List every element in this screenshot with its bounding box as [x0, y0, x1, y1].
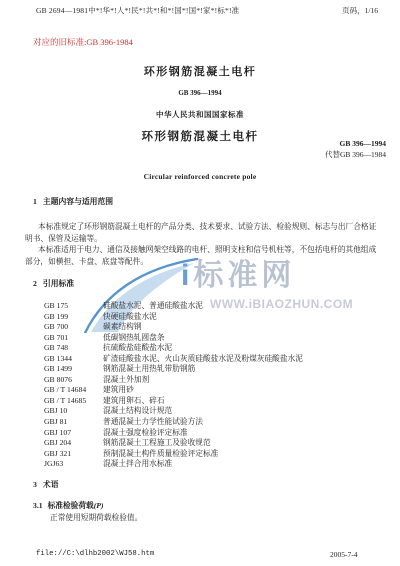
- standard-name: 硅酸盐水泥、普通硅酸盐水泥: [103, 301, 203, 310]
- standard-number-block: GB 396—1994 代替GB 396—1984: [325, 139, 386, 160]
- standard-code: GB / T 14685: [44, 396, 103, 407]
- standard-row: GBJ 321预制混凝土构件质量检验评定标准: [44, 449, 303, 460]
- document-title-top: 环形钢筋混凝土电杆: [0, 63, 400, 79]
- paragraph-line: 明书、保管及运输等。: [25, 233, 376, 245]
- term-3-1: 3.1标准检验荷载(P): [33, 500, 104, 511]
- section-2-title: 引用标准: [43, 279, 74, 288]
- standard-name: 快硬硅酸盐水泥: [103, 312, 157, 321]
- standard-code: GBJ 10: [44, 406, 103, 417]
- section-3-heading: 3术语: [33, 479, 59, 490]
- standard-code: GB 175: [44, 301, 103, 312]
- standard-name: 建筑用砂: [103, 385, 134, 394]
- standard-name: 混凝土外加剂: [103, 375, 149, 384]
- standard-code: GB / T 14684: [44, 385, 103, 396]
- standard-name: 建筑用卵石、碎石: [103, 396, 165, 405]
- standard-number-right: GB 396—1994: [325, 139, 386, 150]
- standard-row: GB / T 14685建筑用卵石、碎石: [44, 396, 303, 407]
- standard-name: 碳素结构钢: [103, 322, 141, 331]
- standard-code: GBJ 321: [44, 449, 103, 460]
- paragraph-line: 部分，如横担、卡盘、底盘等配件。: [25, 256, 376, 268]
- english-title: Circular reinforced concrete pole: [0, 172, 400, 181]
- standard-code: GB 1499: [44, 364, 103, 375]
- standard-row: GB 175硅酸盐水泥、普通硅酸盐水泥: [44, 301, 303, 312]
- national-standard-label: 中华人民共和国国家标准: [0, 109, 400, 120]
- standard-name: 低碳钢热轧圆盘条: [103, 333, 165, 342]
- standard-row: GB 8076混凝土外加剂: [44, 375, 303, 386]
- standard-row: GB 1499钢筋混凝土用热轧带肋钢筋: [44, 364, 303, 375]
- standard-name: 钢筋混凝土用热轧带肋钢筋: [103, 364, 195, 373]
- paragraph-line: 本标准规定了环形钢筋混凝土电杆的产品分类、技术要求、试验方法、检验规则、标志与出…: [25, 221, 376, 233]
- standard-name: 抗硫酸盐硅酸盐水泥: [103, 343, 172, 352]
- standard-code: JGJ63: [44, 459, 103, 470]
- standard-name: 预制混凝土构件质量检验评定标准: [103, 449, 218, 458]
- standard-row: GB 748抗硫酸盐硅酸盐水泥: [44, 343, 303, 354]
- standard-name: 混凝土拌合用水标准: [103, 459, 172, 468]
- footer-file-path: file://C:\dlhb2002\WJ58.htm: [36, 550, 154, 558]
- replaces-note: 代替GB 396—1984: [325, 150, 386, 161]
- standard-row: GB 1344矿渣硅酸盐水泥、火山灰质硅酸盐水泥及粉煤灰硅酸盐水泥: [44, 354, 303, 365]
- standard-row: GBJ 107混凝土强度检验评定标准: [44, 428, 303, 439]
- section-3-number: 3: [33, 480, 37, 489]
- section-1-heading: 1主题内容与适用范围: [33, 196, 113, 207]
- standard-code: GB 701: [44, 333, 103, 344]
- standard-name: 混凝土强度检验评定标准: [103, 428, 188, 437]
- standard-code: GB 8076: [44, 375, 103, 386]
- section-2-heading: 2引用标准: [33, 278, 74, 289]
- document-page: i标准网 WWW.iBIAOZHUN.COM GB 2694—1981中*!华*…: [0, 0, 400, 566]
- print-header-page-number: 页码，1/16: [342, 5, 378, 16]
- section-1-number: 1: [33, 197, 37, 206]
- standard-code: GBJ 107: [44, 428, 103, 439]
- standard-code: GBJ 204: [44, 438, 103, 449]
- section-2-number: 2: [33, 279, 37, 288]
- referenced-standards-list: GB 175硅酸盐水泥、普通硅酸盐水泥 GB 199快硬硅酸盐水泥 GB 700…: [44, 301, 303, 470]
- standard-row: GBJ 10混凝土结构设计规范: [44, 406, 303, 417]
- standard-row: GB 199快硬硅酸盐水泥: [44, 312, 303, 323]
- standard-code: GB 199: [44, 312, 103, 323]
- section-3-title: 术语: [43, 480, 59, 489]
- term-label: 标准检验荷载: [48, 501, 94, 510]
- term-symbol: (P): [94, 501, 104, 510]
- standard-number-center: GB 396—1994: [0, 89, 400, 97]
- standard-row: GBJ 81普通混凝土力学性能试验方法: [44, 417, 303, 428]
- term-number: 3.1: [33, 501, 43, 510]
- paragraph-line: 本标准适用于电力、通信及接触网架空线路的电杆、照明支柱和信号机柱等，不包括电杆的…: [25, 244, 376, 256]
- standard-row: GBJ 204钢筋混凝土工程施工及验收规范: [44, 438, 303, 449]
- term-definition: 正常使用短期荷载检验值。: [50, 512, 142, 523]
- old-standard-note: 对应的旧标准:GB 396-1984: [33, 36, 133, 48]
- standard-code: GBJ 81: [44, 417, 103, 428]
- print-header-left: GB 2694—1981中*!华*!人*!民*!共*!和*!国*!国*!家*!标…: [36, 5, 239, 16]
- standard-row: JGJ63混凝土拌合用水标准: [44, 459, 303, 470]
- standard-code: GB 748: [44, 343, 103, 354]
- section-1-title: 主题内容与适用范围: [43, 197, 113, 206]
- standard-row: GB 700碳素结构钢: [44, 322, 303, 333]
- standard-name: 普通混凝土力学性能试验方法: [103, 417, 203, 426]
- standard-name: 矿渣硅酸盐水泥、火山灰质硅酸盐水泥及粉煤灰硅酸盐水泥: [103, 354, 303, 363]
- section-1-body: 本标准规定了环形钢筋混凝土电杆的产品分类、技术要求、试验方法、检验规则、标志与出…: [25, 221, 376, 267]
- standard-code: GB 700: [44, 322, 103, 333]
- standard-code: GB 1344: [44, 354, 103, 365]
- standard-name: 钢筋混凝土工程施工及验收规范: [103, 438, 211, 447]
- standard-row: GB / T 14684建筑用砂: [44, 385, 303, 396]
- standard-name: 混凝土结构设计规范: [103, 406, 172, 415]
- standard-row: GB 701低碳钢热轧圆盘条: [44, 333, 303, 344]
- footer-date: 2005-7-4: [330, 550, 358, 559]
